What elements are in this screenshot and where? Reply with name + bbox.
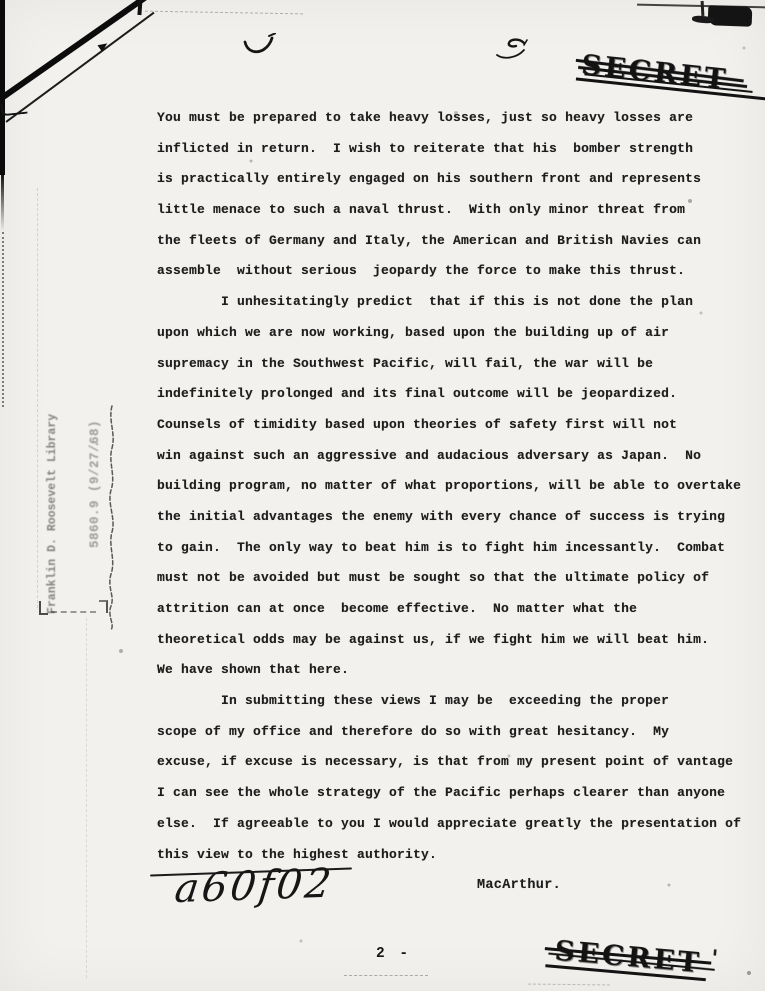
stamp-suffix-mark: ' (710, 946, 719, 972)
typed-line: to gain. The only way to beat him is to … (157, 533, 765, 564)
typed-line: little menace to such a naval thrust. Wi… (157, 195, 765, 226)
typed-line: assemble without serious jeopardy the fo… (157, 256, 765, 287)
typed-line: I can see the whole strategy of the Paci… (157, 778, 765, 809)
typed-line: theoretical odds may be against us, if w… (157, 625, 765, 656)
margin-stamp-library: Franklin D. Roosevelt Library (46, 398, 59, 614)
pen-margin-wavy-line (103, 404, 121, 632)
typed-line: We have shown that here. (157, 655, 765, 686)
typed-line: scope of my office and therefore do so w… (157, 717, 765, 748)
paragraph-2: I unhesitatingly predict that if this is… (157, 287, 765, 686)
scan-artifact-diagonal-thick (0, 0, 151, 104)
secret-stamp-top: SECRET (580, 50, 730, 95)
typed-line: Counsels of timidity based upon theories… (157, 410, 765, 441)
margin-stamp-bracket-dashes (51, 611, 96, 613)
typed-line: You must be prepared to take heavy losse… (157, 103, 765, 134)
margin-stamp-reference: 5860.9 (9/27/68) (88, 388, 102, 548)
typed-line: I unhesitatingly predict that if this is… (157, 287, 765, 318)
bottom-stamp-dashed-line (528, 984, 610, 986)
typed-line: attrition can at once become effective. … (157, 594, 765, 625)
scan-fold-line-lower-left (86, 618, 87, 978)
typed-line: excuse, if excuse is necessary, is that … (157, 747, 765, 778)
typed-line: upon which we are now working, based upo… (157, 318, 765, 349)
margin-stamp-bracket-right (99, 600, 108, 613)
typed-line: the fleets of Germany and Italy, the Ame… (157, 226, 765, 257)
typed-line: supremacy in the Southwest Pacific, will… (157, 349, 765, 380)
margin-stamp-bracket-left (39, 601, 48, 615)
paragraph-1: You must be prepared to take heavy losse… (157, 103, 765, 287)
handwritten-annotation: a60f02 (172, 860, 336, 912)
signature-macarthur: MacArthur. (477, 878, 561, 893)
scan-artifact-left-edge-fade (1, 173, 4, 231)
page-number-dashed-line (344, 975, 428, 976)
typed-line: building program, no matter of what prop… (157, 471, 765, 502)
typed-line: is practically entirely engaged on his s… (157, 164, 765, 195)
scan-artifact-topright-blob-small (692, 15, 715, 24)
typed-body-text: You must be prepared to take heavy losse… (157, 103, 765, 870)
scan-artifact-topright-tick (701, 1, 704, 16)
scan-artifact-diagonal-thin (5, 12, 154, 123)
typed-line: indefinitely prolonged and its final out… (157, 379, 765, 410)
typed-line: In submitting these views I may be excee… (157, 686, 765, 717)
typed-line: win against such an aggressive and audac… (157, 441, 765, 472)
scan-artifact-left-edge-dots (2, 232, 4, 407)
page-number: 2 - (376, 946, 411, 962)
secret-stamp-bottom: SECRET ' (553, 936, 702, 979)
scan-artifact-top-tick (137, 0, 142, 15)
scanned-document-page: SECRET Franklin D. Roosevelt Library 586… (0, 0, 765, 991)
scan-artifact-left-edge-bar (0, 0, 5, 175)
paragraph-3: In submitting these views I may be excee… (157, 686, 765, 870)
paper-noise-specks (0, 0, 2, 2)
typed-line: inflicted in return. I wish to reiterate… (157, 134, 765, 165)
scan-artifact-top-dashed-line (145, 11, 303, 15)
pen-checkmark-left-icon (243, 33, 279, 59)
pen-checkmark-right-icon (494, 38, 528, 62)
typed-line: the initial advantages the enemy with ev… (157, 502, 765, 533)
scan-artifact-corner-hook (0, 102, 27, 117)
typed-line: must not be avoided but must be sought s… (157, 563, 765, 594)
scan-fold-line-left (37, 188, 38, 608)
typed-line: else. If agreeable to you I would apprec… (157, 809, 765, 840)
scan-artifact-topright-blob (708, 5, 753, 27)
